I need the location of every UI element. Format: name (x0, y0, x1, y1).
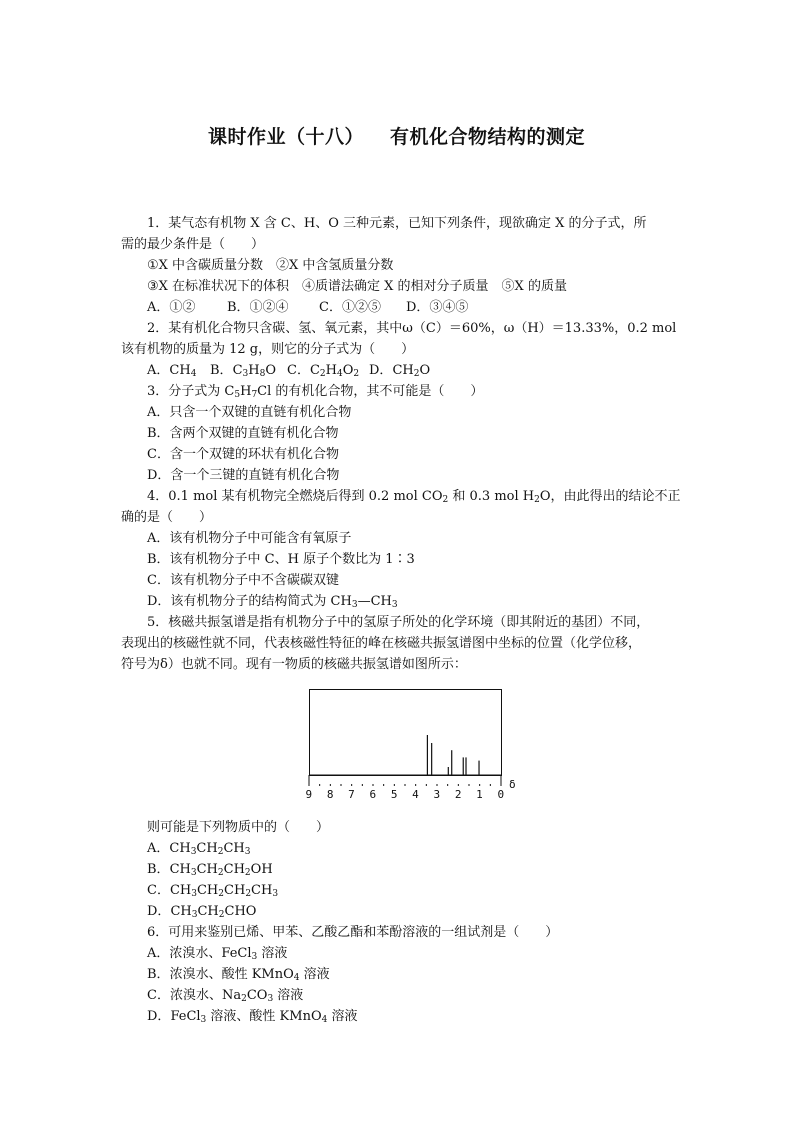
q5-question: 则可能是下列物质中的（ ） (147, 817, 329, 838)
q2-option-c[interactable]: C．C2H4O2 (287, 360, 369, 381)
x-tick-label: 4 (412, 788, 419, 801)
x-tick-label: 0 (498, 788, 505, 801)
q4-stem-line2: 确的是（ ） (121, 507, 212, 528)
q2-stem-line2: 该有机物的质量为 12 g，则它的分子式为（ ） (121, 339, 414, 360)
x-tick-label: 7 (348, 788, 355, 801)
x-tick-label: 2 (455, 788, 462, 801)
q1-stem-line2: 需的最少条件是（ ） (121, 234, 264, 255)
q1-option-c[interactable]: C．①②⑤ (319, 297, 406, 318)
q5-stem-line2: 表现出的核磁性就不同，代表核磁性特征的峰在核磁共振氢谱图中坐标的位置（化学位移， (121, 633, 641, 654)
q1-conditions-line1: ①X 中含碳质量分数 ②X 中含氢质量分数 (147, 255, 393, 276)
delta-axis-label: δ (509, 778, 516, 791)
q4-option-c[interactable]: C．该有机物分子中不含碳碳双键 (147, 570, 339, 591)
title-part2: 有机化合物结构的测定 (390, 126, 585, 148)
x-tick-label: 8 (327, 788, 334, 801)
q5-option-b[interactable]: B．CH3CH2CH2OH (147, 859, 273, 880)
q2-option-b[interactable]: B．C3H8O (210, 360, 287, 381)
q6-stem: 6．可用来鉴别已烯、甲苯、乙酸乙酯和苯酚溶液的一组试剂是（ ） (147, 922, 558, 943)
title-part1: 课时作业（十八） (208, 126, 364, 148)
q5-stem-line3: 符号为δ）也就不同。现有一物质的核磁共振氢谱如图所示： (121, 654, 467, 675)
q4-option-b[interactable]: B．该有机物分子中 C、H 原子个数比为 1∶3 (147, 549, 415, 570)
q6-option-d[interactable]: D．FeCl3 溶液、酸性 KMnO4 溶液 (147, 1006, 357, 1027)
x-tick-label: 6 (370, 788, 377, 801)
q4-option-a[interactable]: A．该有机物分子中可能含有氧原子 (147, 528, 351, 549)
q4-option-d[interactable]: D．该有机物分子的结构简式为 CH3—CH3 (147, 591, 398, 612)
q1-options: A．①②B．①②④C．①②⑤D．③④⑤ (147, 297, 468, 318)
q3-option-d[interactable]: D．含一个三键的直链有机化合物 (147, 465, 339, 486)
q3-stem: 3．分子式为 C5H7Cl 的有机化合物，其不可能是（ ） (147, 381, 483, 402)
q1-stem-line1: 1．某气态有机物 X 含 C、H、O 三种元素，已知下列条件，现欲确定 X 的分… (147, 213, 647, 234)
q1-conditions-line2: ③X 在标准状况下的体积 ④质谱法确定 X 的相对分子质量 ⑤X 的质量 (147, 276, 567, 297)
q3-option-b[interactable]: B．含两个双键的直链有机化合物 (147, 423, 339, 444)
q3-option-a[interactable]: A．只含一个双键的直链有机化合物 (147, 402, 351, 423)
page-title: 课时作业（十八）有机化合物结构的测定 (0, 122, 793, 149)
q6-option-a[interactable]: A．浓溴水、FeCl3 溶液 (147, 943, 287, 964)
q1-option-d[interactable]: D．③④⑤ (406, 297, 468, 318)
q1-option-b[interactable]: B．①②④ (227, 297, 319, 318)
x-tick-label: 3 (434, 788, 441, 801)
q6-option-b[interactable]: B．浓溴水、酸性 KMnO4 溶液 (147, 964, 330, 985)
q2-options: A．CH4B．C3H8OC．C2H4O2D．CH2O (147, 360, 430, 381)
q5-stem-line1: 5．核磁共振氢谱是指有机物分子中的氢原子所处的化学环境（即其附近的基团）不同， (147, 612, 649, 633)
q2-option-a[interactable]: A．CH4 (147, 360, 210, 381)
x-tick-label: 9 (306, 788, 313, 801)
q5-option-a[interactable]: A．CH3CH2CH3 (147, 838, 250, 859)
q1-option-a[interactable]: A．①② (147, 297, 227, 318)
x-tick-label: 5 (391, 788, 398, 801)
q6-option-c[interactable]: C．浓溴水、Na2CO3 溶液 (147, 985, 303, 1006)
q2-stem-line1: 2．某有机化合物只含碳、氢、氧元素，其中ω（C）＝60%，ω（H）＝13.33%… (147, 318, 676, 339)
q2-option-d[interactable]: D．CH2O (369, 360, 430, 381)
q4-stem-line1: 4．0.1 mol 某有机物完全燃烧后得到 0.2 mol CO2 和 0.3 … (147, 486, 681, 507)
q5-option-d[interactable]: D．CH3CH2CHO (147, 901, 256, 922)
x-tick-label: 1 (476, 788, 483, 801)
q3-option-c[interactable]: C．含一个双键的环状有机化合物 (147, 444, 339, 465)
nmr-spectrum-chart: 9876543210 δ (300, 685, 525, 805)
q5-option-c[interactable]: C．CH3CH2CH2CH3 (147, 880, 278, 901)
